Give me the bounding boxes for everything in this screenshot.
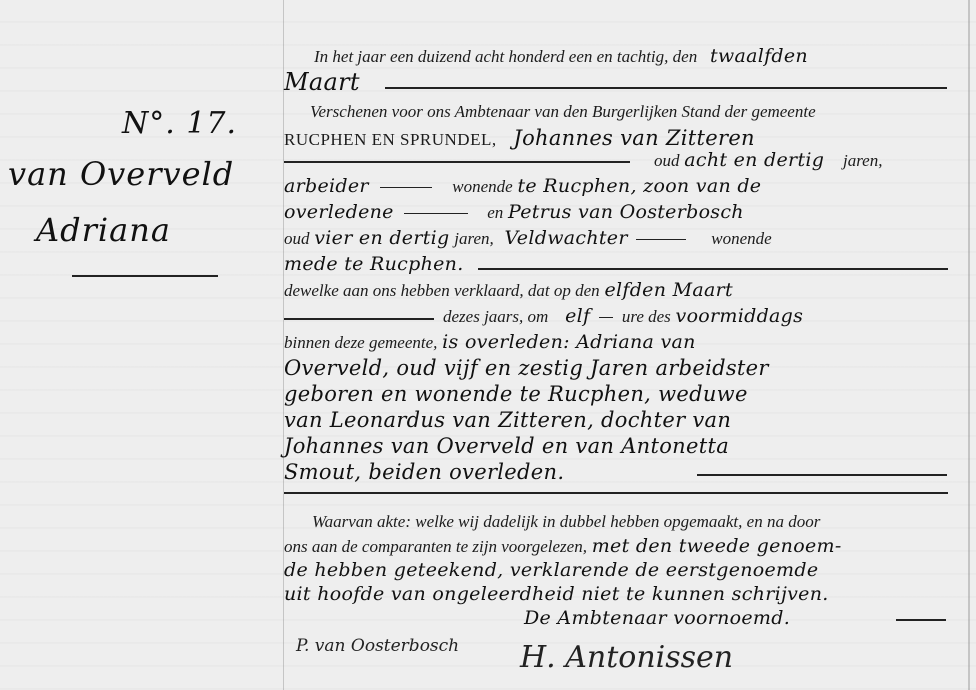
margin-underline bbox=[72, 275, 218, 277]
line-7: overledene en Petrus van Oosterbosch bbox=[284, 200, 744, 225]
number-label: N°. bbox=[122, 106, 176, 141]
document-page: N°. 17. van Overveld Adriana In het jaar… bbox=[0, 0, 976, 690]
line-11: dezes jaars, om elf ure des voormiddags bbox=[443, 304, 803, 329]
section-rule bbox=[284, 492, 948, 494]
line-8: oud vier en dertig jaren, Veldwachter wo… bbox=[284, 226, 772, 251]
line-5: oud acht en dertig jaren, bbox=[654, 148, 882, 173]
margin-surname: van Overveld bbox=[8, 162, 234, 186]
closing-5: De Ambtenaar voornoemd. bbox=[524, 606, 790, 630]
line-3: Verschenen voor ons Ambtenaar van den Bu… bbox=[310, 100, 816, 124]
fill-rule bbox=[385, 87, 947, 89]
line-1: In het jaar een duizend acht honderd een… bbox=[314, 44, 808, 69]
closing-4: uit hoofde van ongeleerdheid niet te kun… bbox=[284, 582, 829, 606]
line-17: Smout, beiden overleden. bbox=[284, 460, 564, 484]
fill-rule bbox=[284, 318, 434, 320]
closing-2: ons aan de comparanten te zijn voorgelez… bbox=[284, 534, 842, 559]
number-value: 17. bbox=[186, 106, 237, 141]
line-15: van Leonardus van Zitteren, dochter van bbox=[284, 408, 731, 432]
fill-rule bbox=[697, 474, 947, 476]
record-number: N°. 17. bbox=[122, 112, 237, 136]
closing-3: de hebben geteekend, verklarende de eers… bbox=[284, 558, 818, 582]
line-6: arbeider wonende te Rucphen, zoon van de bbox=[284, 174, 761, 199]
line-16: Johannes van Overveld en van Antonetta bbox=[284, 434, 729, 458]
line-12: binnen deze gemeente, is overleden: Adri… bbox=[284, 330, 696, 355]
line-14: geboren en wonende te Rucphen, weduwe bbox=[284, 382, 748, 406]
fill-rule bbox=[478, 268, 948, 270]
official-signature: H. Antonissen bbox=[520, 646, 733, 670]
line-13: Overveld, oud vijf en zestig Jaren arbei… bbox=[284, 356, 769, 380]
fill-rule bbox=[284, 161, 630, 163]
margin-given-name: Adriana bbox=[36, 218, 171, 242]
witness-signature: P. van Oosterbosch bbox=[296, 634, 459, 658]
fill-rule bbox=[896, 619, 946, 621]
line-9: mede te Rucphen. bbox=[284, 252, 464, 276]
closing-1: Waarvan akte: welke wij dadelijk in dubb… bbox=[312, 510, 820, 534]
line-2: Maart bbox=[284, 70, 360, 94]
page-edge bbox=[968, 0, 970, 690]
line-10: dewelke aan ons hebben verklaard, dat op… bbox=[284, 278, 733, 303]
